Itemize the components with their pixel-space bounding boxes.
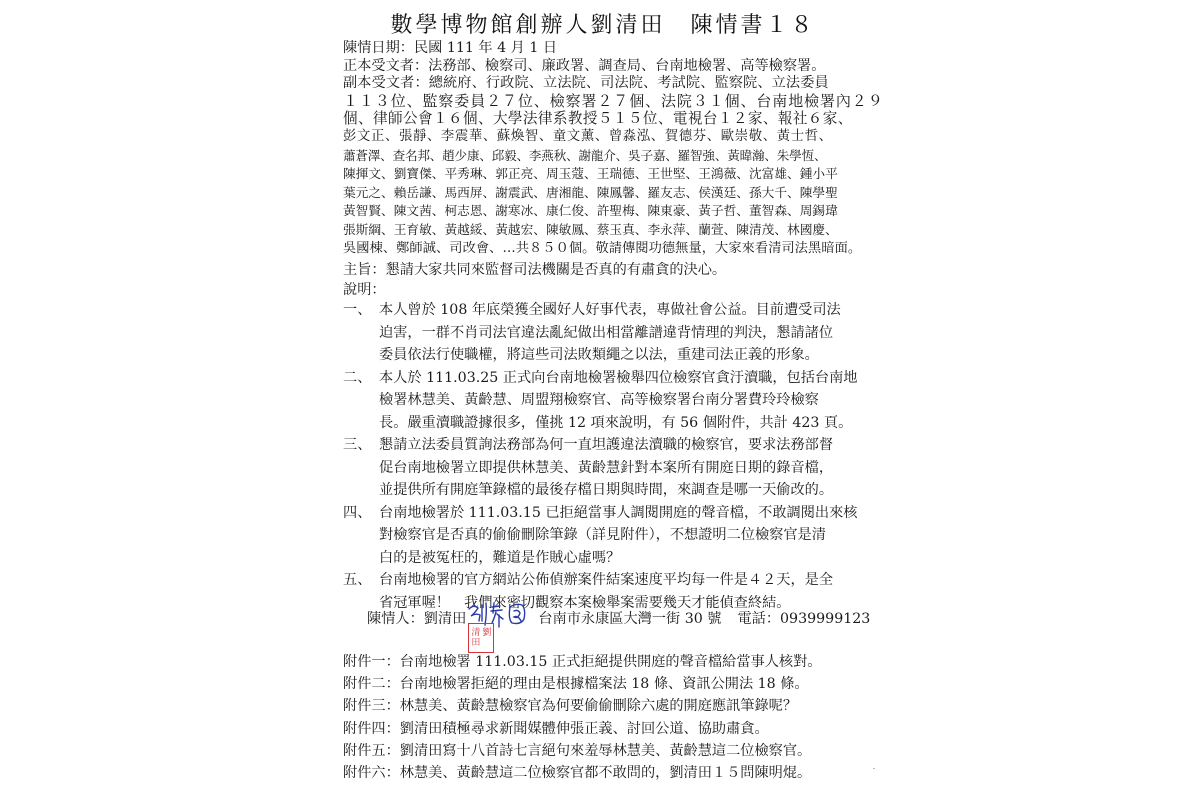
item-number: 二、	[343, 367, 371, 390]
attachment-item: 附件六：林慧美、黃齡慧這二位檢察官都不敢問的，劉清田１５問陳明焜。	[343, 762, 883, 784]
explanation-label: 說明：	[343, 281, 863, 299]
header-block: 陳情日期：民國 111 年 4 月 1 日 正本受文者：法務部、檢察司、廉政署、…	[343, 40, 863, 128]
stamp-char: 清	[470, 628, 481, 638]
attachment-item: 附件二：台南地檢署拒絕的理由是根據檔案法 18 條、資訊公開法 18 條。	[343, 673, 883, 695]
item-line: 本人於 111.03.25 正式向台南地檢署檢舉四位檢察官貪汙瀆職，包括台南地	[379, 367, 863, 390]
subject-line: 主旨：懇請大家共同來監督司法機關是否真的有肅貪的決心。	[343, 259, 863, 281]
names-line: 陳揮文、劉寶傑、平秀琳、郭正亮、周玉蔻、王瑞德、王世堅、王鴻薇、沈富雄、鍾小平	[343, 165, 863, 184]
names-line: 蕭蒼澤、查名邦、趙少康、邱毅、李燕秋、謝龍介、吳子嘉、羅智強、黃暐瀚、朱學恆、	[343, 147, 863, 166]
attachment-item: 附件一：台南地檢署 111.03.15 正式拒絕提供開庭的聲音檔給當事人核對。	[343, 651, 883, 673]
item-number: 一、	[343, 299, 371, 322]
document-title: 數學博物館創辦人劉清田 陳情書１８	[343, 8, 863, 39]
item-line: 長。嚴重瀆職證據很多，僅挑 12 項來說明，有 56 個附件，共計 423 頁。	[379, 412, 863, 435]
signature-area: 清 劉 田	[466, 609, 538, 629]
red-seal-stamp: 清 劉 田	[468, 623, 494, 653]
names-line: 張斯綱、王育敏、黃越綏、黃越宏、陳敏鳳、蔡玉真、李永萍、蘭萱、陳清茂、林國慶、	[343, 221, 863, 240]
names-line: 黃智賢、陳文茜、柯志恩、謝寒冰、康仁俊、許聖梅、陳東豪、黃子哲、董智森、周錫瑋	[343, 202, 863, 221]
item-line: 迫害，一群不肖司法官違法亂紀做出相當離譜違背情理的判決，懇請諸位	[379, 322, 863, 345]
item-number: 四、	[343, 502, 371, 525]
item-line: 促台南地檢署立即提供林慧美、黃齡慧針對本案所有開庭日期的錄音檔，	[379, 457, 863, 480]
names-list: 彭文正、張靜、李震華、蘇煥智、童文薰、曾淼泓、賀德芬、歐崇敬、黃士哲、 蕭蒼澤、…	[343, 128, 863, 258]
copy-recipients-line: 副本受文者：總統府、行政院、立法院、司法院、考試院、監察院、立法委員	[343, 75, 863, 93]
item-line: 台南地檢署於 111.03.15 已拒絕當事人調閱開庭的聲音檔，不敢調閱出來核	[379, 502, 863, 525]
petitioner-address: 台南市永康區大灣一街 30 號	[538, 611, 721, 627]
names-line: 葉元之、賴岳謙、馬西屏、謝震武、唐湘龍、陳鳳馨、羅友志、侯漢廷、孫大千、陳學聖	[343, 184, 863, 203]
item-number: 三、	[343, 434, 371, 457]
attachment-item: 附件四：劉清田積極尋求新聞媒體伸張正義、討回公道、協助肅貪。	[343, 718, 883, 740]
date-line: 陳情日期：民國 111 年 4 月 1 日	[343, 40, 863, 58]
petition-document: 數學博物館創辦人劉清田 陳情書１８ 陳情日期：民國 111 年 4 月 1 日 …	[343, 0, 863, 800]
petitioner-label: 陳情人：劉清田	[367, 611, 466, 627]
item-line: 委員依法行使職權，將這些司法敗類繩之以法，重建司法正義的形象。	[379, 344, 863, 367]
item-line: 本人曾於 108 年底榮獲全國好人好事代表，專做社會公益。目前遭受司法	[379, 299, 863, 322]
explanation-item: 二、 本人於 111.03.25 正式向台南地檢署檢舉四位檢察官貪汙瀆職，包括台…	[343, 367, 863, 435]
attachment-item: 附件五：劉清田寫十八首詩七言絕句來羞辱林慧美、黃齡慧這二位檢察官。	[343, 740, 883, 762]
primary-recipients: 正本受文者：法務部、檢察司、廉政署、調查局、台南地檢署、高等檢察署。	[343, 58, 863, 76]
item-line: 白的是被冤枉的，難道是作賊心虛嗎？	[379, 547, 863, 570]
explanation-item: 三、 懇請立法委員質詢法務部為何一直坦護違法瀆職的檢察官，要求法務部督 促台南地…	[343, 434, 863, 502]
stamp-char	[481, 638, 492, 648]
subject-block: 主旨：懇請大家共同來監督司法機關是否真的有肅貪的決心。 說明：	[343, 259, 863, 299]
item-line: 檢署林慧美、黃齡慧、周盟翔檢察官、高等檢察署台南分署費玲玲檢察	[379, 389, 863, 412]
copy-recipients-line: １１３位、監察委員２７位、檢察署２７個、法院３１個、台南地檢署內２９	[343, 93, 863, 111]
item-line: 對檢察官是否真的偷偷刪除筆錄（詳見附件），不想證明二位檢察官是清	[379, 524, 863, 547]
scan-speck	[573, 624, 575, 625]
copy-recipients-line: 個、律師公會１６個、大學法律系教授５１５位、電視台１２家、報社６家、	[343, 110, 863, 128]
explanation-items: 一、 本人曾於 108 年底榮獲全國好人好事代表，專做社會公益。目前遭受司法 迫…	[343, 299, 863, 614]
scan-speck	[873, 768, 875, 769]
explanation-item: 一、 本人曾於 108 年底榮獲全國好人好事代表，專做社會公益。目前遭受司法 迫…	[343, 299, 863, 367]
names-line: 彭文正、張靜、李震華、蘇煥智、童文薰、曾淼泓、賀德芬、歐崇敬、黃士哲、	[343, 128, 863, 147]
stamp-char: 田	[470, 638, 481, 648]
item-line: 並提供所有開庭筆錄檔的最後存檔日期與時間，來調查是哪一天偷改的。	[379, 479, 863, 502]
item-line: 懇請立法委員質詢法務部為何一直坦護違法瀆職的檢察官，要求法務部督	[379, 434, 863, 457]
explanation-item: 四、 台南地檢署於 111.03.15 已拒絕當事人調閱開庭的聲音檔，不敢調閱出…	[343, 502, 863, 570]
names-line: 吳國棟、鄭師誠、司改會、…共８５０個。敬請傳閱功德無量，大家來看清司法黑暗面。	[343, 240, 863, 259]
item-line: 台南地檢署的官方網站公佈偵辦案件結案速度平均每一件是４２天，是全	[379, 569, 863, 592]
item-number: 五、	[343, 569, 371, 592]
petitioner-phone: 電話：0939999123	[737, 611, 870, 627]
stamp-char: 劉	[481, 628, 492, 638]
attachment-item: 附件三：林慧美、黃齡慧檢察官為何要偷偷刪除六處的開庭應訊筆錄呢？	[343, 695, 883, 717]
attachments-list: 附件一：台南地檢署 111.03.15 正式拒絕提供開庭的聲音檔給當事人核對。 …	[343, 651, 883, 784]
petitioner-signature-line: 陳情人：劉清田 清 劉 田 台南市永康區大灣一街 30 號電話：09399991…	[367, 608, 870, 629]
